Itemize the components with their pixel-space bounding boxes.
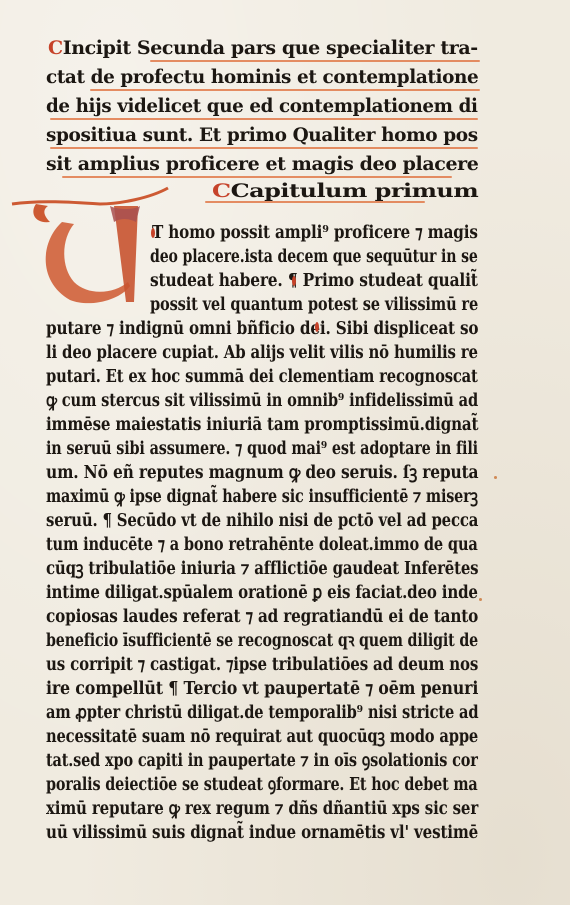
body-line: um. Nō eñ reputes magnum ꝙ deo seruis. ſ… xyxy=(46,462,478,484)
red-rule xyxy=(50,147,478,149)
decorated-initial xyxy=(10,182,160,302)
red-rule xyxy=(150,60,480,62)
red-rule xyxy=(50,118,478,120)
body-line: immēse maiestatis iniuriā tam promptissi… xyxy=(46,414,478,436)
body-line: li deo placere cupiat. Ab alijs velit vi… xyxy=(46,342,478,364)
heading-line: CIncipit Secunda pars que specialiter tr… xyxy=(48,37,478,59)
body-line: putari. Et ex hoc summā dei clementiam r… xyxy=(46,366,478,388)
heading-line: de hijs videlicet que ed contemplationem… xyxy=(46,95,478,117)
paper-speck xyxy=(494,476,497,479)
body-line: tat.sed xpo capiti in paupertate ⁊ in oī… xyxy=(46,750,478,772)
body-line: necessitatē suam nō requirat aut quocūqꝫ… xyxy=(46,726,478,748)
chapter-title: CCapitulum primum xyxy=(212,180,478,202)
body-line: deo placere.ista decem que sequūtur in s… xyxy=(150,246,478,268)
body-line: tum inducēte ⁊ a bono retrahēnte doleat.… xyxy=(46,534,478,556)
body-line: maximū ꝙ ipse dignat̃ habere sic insuffi… xyxy=(46,486,478,508)
body-line: studeat habere. ¶ Primo studeat qualit̃ xyxy=(150,270,478,292)
paper-speck xyxy=(479,598,482,601)
heading-line: spositiua sunt. Et primo Qualiter homo p… xyxy=(46,124,478,146)
body-line: am ꝓpter christū diligat.de temporalib⁹ … xyxy=(46,702,478,724)
rubric-mark xyxy=(292,276,296,286)
body-line: intime diligat.spūalem orationē ꝑ eis fa… xyxy=(46,582,478,604)
body-line: ꝙ cum stercus sit vilissimū in omnib⁹ in… xyxy=(46,390,478,412)
heading-line: sit amplius proficere et magis deo place… xyxy=(46,153,478,175)
body-line: T homo possit ampli⁹ proficere ⁊ magis xyxy=(152,222,478,244)
body-line: possit vel quantum potest se vilissimū r… xyxy=(150,294,478,316)
rubric-mark xyxy=(151,228,155,238)
body-line: ximū reputare ꝙ rex regum ⁊ dñs dñantiū … xyxy=(46,798,478,820)
initial-flourish-icon xyxy=(10,182,170,312)
heading-line: ctat de profectu hominis et contemplatio… xyxy=(46,66,478,88)
body-line: ire compellūt ¶ Tercio vt paupertatē ⁊ o… xyxy=(46,678,478,700)
red-rule xyxy=(62,176,452,178)
body-line: cūqꝫ tribulatiōe iniuria ⁊ afflictiōe ga… xyxy=(46,558,478,580)
body-line: in seruū sibi assumere. ⁊ quod mai⁹ est … xyxy=(46,438,478,460)
red-rule xyxy=(205,201,425,203)
paragraph-mark: C xyxy=(212,180,231,202)
body-line: uū vilissimū suis dignat̃ indue ornamēti… xyxy=(46,822,478,844)
paragraph-mark: C xyxy=(48,37,63,59)
body-line: putare ⁊ indignū omni bñficio dei. Sibi … xyxy=(46,318,478,340)
body-line: seruū. ¶ Secūdo vt de nihilo nisi de pct… xyxy=(46,510,478,532)
body-line: us corripit ⁊ castigat. ⁊ipse tribulatiō… xyxy=(46,654,478,676)
red-rule xyxy=(90,89,480,91)
body-line: poralis deiectiōe se studeat ꝯformare. E… xyxy=(46,774,478,796)
rubric-mark xyxy=(315,322,319,332)
body-line: copiosas laudes referat ⁊ ad regratiandū… xyxy=(46,606,478,628)
body-line: beneficio īsufficientē se recognoscat qꝛ… xyxy=(46,630,478,652)
